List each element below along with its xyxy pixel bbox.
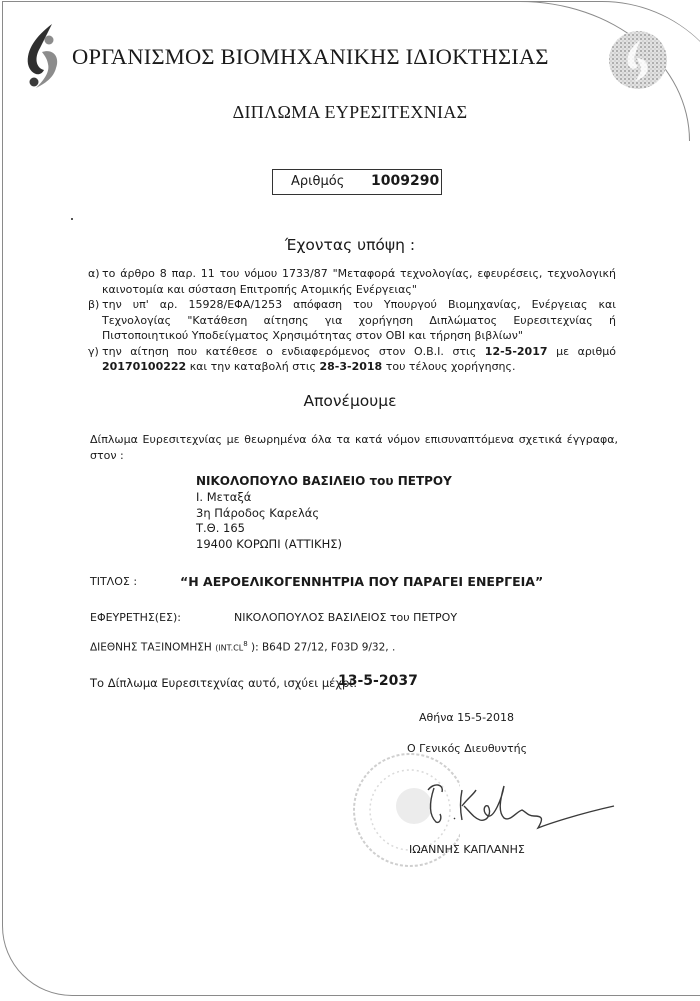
recipient-name: ΝΙΚΟΛΟΠΟΥΛΟ ΒΑΣΙΛΕΙΟ του ΠΕΤΡΟΥ [196,474,452,490]
place-and-date: Αθήνα 15-5-2018 [419,711,514,724]
document-title: ΔΙΠΛΩΜΑ ΕΥΡΕΣΙΤΕΧΝΙΑΣ [0,102,700,123]
diploma-number-label: Αριθμός [291,174,344,189]
classification-label: ΔΙΕΘΝΗΣ ΤΑΞΙΝΟΜΗΣΗ [90,642,212,654]
classification-value: ): B64D 27/12, F03D 9/32, . [251,642,395,654]
considering-heading: Έχοντας υπόψη : [0,236,700,254]
clause-a: α) το άρθρο 8 παρ. 11 του νόμου 1733/87 … [88,266,616,297]
obi-seal-icon [608,30,668,90]
validity-label: Το Δίπλωμα Ευρεσιτεχνίας αυτό, ισχύει μέ… [90,676,357,690]
clause-text-part: και την καταβολή στις [186,360,319,373]
handwritten-signature-icon [418,778,618,838]
address-line: 3η Πάροδος Καρελάς [196,506,452,522]
clause-b: β) την υπ' αρ. 15928/ΕΦΑ/1253 απόφαση το… [88,297,616,344]
obi-logo-icon [22,22,60,92]
clause-text-part: την αίτηση που κατέθεσε ο ενδιαφερόμενος… [102,345,485,358]
classification-row: ΔΙΕΘΝΗΣ ΤΑΞΙΝΟΜΗΣΗ (INT.CL8 ): B64D 27/1… [90,640,395,654]
inventor-label: ΕΦΕΥΡΕΤΗΣ(ΕΣ): [90,611,181,624]
validity-date: 13-5-2037 [338,673,418,689]
clause-text-part: του τέλους χορήγησης. [382,360,515,373]
address-line: Ι. Μεταξά [196,490,452,506]
award-text: Δίπλωμα Ευρεσιτεχνίας με θεωρημένα όλα τ… [90,432,618,463]
classification-edition: 8 [243,640,247,648]
validity-row: Το Δίπλωμα Ευρεσιτεχνίας αυτό, ισχύει μέ… [90,676,357,690]
clause-c: γ) την αίτηση που κατέθεσε ο ενδιαφερόμε… [88,344,616,375]
award-heading: Απονέμουμε [0,392,700,410]
invention-title-value: “Η ΑΕΡΟΕΛΙΚΟΓΕΝΝΗΤΡΙΑ ΠΟΥ ΠΑΡΑΓΕΙ ΕΝΕΡΓΕ… [180,574,543,589]
inventor-value: ΝΙΚΟΛΟΠΟΥΛΟΣ ΒΑΣΙΛΕΙΟΣ του ΠΕΤΡΟΥ [234,611,457,624]
legal-clauses: α) το άρθρο 8 παρ. 11 του νόμου 1733/87 … [88,266,616,375]
address-line: Τ.Θ. 165 [196,521,452,537]
clause-text: την υπ' αρ. 15928/ΕΦΑ/1253 απόφαση του Υ… [102,297,616,344]
application-number: 20170100222 [102,360,186,373]
classification-code-label: (INT.CL [215,644,243,653]
diploma-number-value: 1009290 [371,173,439,189]
organization-name: ΟΡΓΑΝΙΣΜΟΣ ΒΙΟΜΗΧΑΝΙΚΗΣ ΙΔΙΟΚΤΗΣΙΑΣ [72,44,549,70]
diploma-number-box: Αριθμός 1009290 [272,169,442,195]
clause-marker: γ) [88,344,102,375]
scan-speck [71,218,73,220]
clause-marker: β) [88,297,102,344]
clause-marker: α) [88,266,102,297]
signatory-name: ΙΩΑΝΝΗΣ ΚΑΠΛΑΝΗΣ [409,843,525,856]
filing-date: 12-5-2017 [485,345,548,358]
invention-title-row: ΤΙΤΛΟΣ : “Η ΑΕΡΟΕΛΙΚΟΓΕΝΝΗΤΡΙΑ ΠΟΥ ΠΑΡΑΓ… [90,575,137,588]
address-line: 19400 ΚΟΡΩΠΙ (ΑΤΤΙΚΗΣ) [196,537,452,553]
clause-text: το άρθρο 8 παρ. 11 του νόμου 1733/87 "Με… [102,266,616,297]
invention-title-label: ΤΙΤΛΟΣ : [90,575,137,588]
clause-text: την αίτηση που κατέθεσε ο ενδιαφερόμενος… [102,344,616,375]
payment-date: 28-3-2018 [320,360,383,373]
recipient-block: ΝΙΚΟΛΟΠΟΥΛΟ ΒΑΣΙΛΕΙΟ του ΠΕΤΡΟΥ Ι. Μεταξ… [196,474,452,553]
inventor-row: ΕΦΕΥΡΕΤΗΣ(ΕΣ): ΝΙΚΟΛΟΠΟΥΛΟΣ ΒΑΣΙΛΕΙΟΣ το… [90,611,181,624]
clause-text-part: με αριθμό [548,345,616,358]
